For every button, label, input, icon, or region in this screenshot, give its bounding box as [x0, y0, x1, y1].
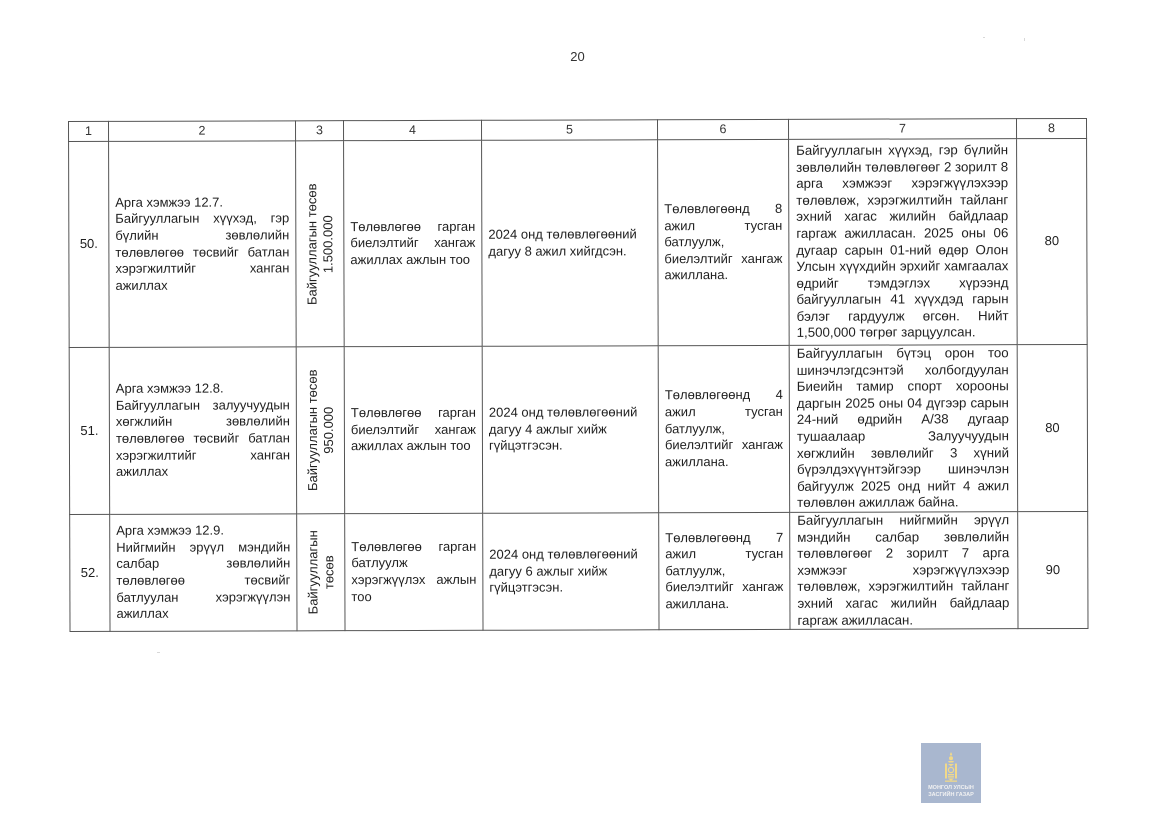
budget-source: Байгууллагын: [305, 530, 321, 614]
measure-cell: Арга хэмжээ 12.9. Нийгмийн эрүүл мэндийн…: [110, 514, 297, 632]
budget-source: Байгууллагын төсөв: [304, 369, 320, 491]
scan-speck: [1024, 38, 1025, 41]
progress-cell: Байгууллагын нийгмийн эрүүл мэндийн салб…: [790, 512, 1018, 630]
scan-speck: [157, 652, 160, 653]
indicator-cell: Төлөвлөгөө гарган батлуулж хэрэгжүүлэх а…: [345, 513, 483, 631]
measure-cell: Арга хэмжээ 12.8. Байгууллагын залуучууд…: [109, 347, 296, 514]
row-number: 50.: [69, 141, 110, 347]
measure-text: Байгууллагын залуучуудын хөгжлийн зөвлөл…: [116, 397, 290, 480]
target-cell: Төлөвлөгөөнд 4 ажил тусган батлуулж, бие…: [658, 345, 789, 512]
target-cell: Төлөвлөгөөнд 7 ажил тусган батлуулж, бие…: [659, 512, 790, 630]
target-cell: Төлөвлөгөөнд 8 ажил тусган батлуулж, бие…: [658, 139, 790, 345]
logo-line-1: МОНГОЛ УЛСЫН: [928, 785, 974, 792]
column-header: 5: [481, 120, 657, 141]
logo-caption: МОНГОЛ УЛСЫН ЗАСГИЙН ГАЗАР: [928, 785, 974, 798]
column-header: 1: [69, 121, 109, 141]
report-table: 1 2 3 4 5 6 7 8 50. Арга хэмжээ 12.7. Ба…: [68, 118, 1089, 632]
measure-text: Нийгмийн эрүүл мэндийн салбар зөвлөлийн …: [116, 539, 290, 622]
page-number: 20: [0, 49, 1155, 64]
progress-cell: Байгууллагын бүтэц орон тоо шинэчлэгдсэн…: [789, 345, 1017, 513]
score-cell: 90: [1018, 511, 1088, 628]
budget-amount: төсөв: [321, 530, 337, 614]
baseline-cell: 2024 онд төлөвлөгөөний дагуу 8 ажил хийг…: [482, 140, 659, 347]
measure-title: Арга хэмжээ 12.8.: [116, 381, 290, 398]
logo-line-2: ЗАСГИЙН ГАЗАР: [928, 792, 974, 799]
indicator-cell: Төлөвлөгөө гарган биелэлтийг хангаж ажил…: [344, 346, 482, 513]
score-cell: 80: [1017, 138, 1088, 344]
baseline-cell: 2024 онд төлөвлөгөөний дагуу 6 ажлыг хий…: [483, 513, 659, 631]
row-number: 52.: [70, 514, 110, 631]
measure-text: Байгууллагын хүүхэд, гэр бүлийн зөвлөлий…: [115, 211, 289, 294]
budget-cell: Байгууллагын төсөв 950.000: [296, 347, 344, 514]
column-header: 7: [788, 119, 1016, 140]
column-header: 2: [109, 121, 296, 142]
row-number: 51.: [69, 347, 109, 514]
measure-title: Арга хэмжээ 12.9.: [116, 523, 290, 540]
budget-amount: 1.500.000: [320, 183, 336, 305]
measure-cell: Арга хэмжээ 12.7. Байгууллагын хүүхэд, г…: [109, 141, 297, 348]
report-table-container: 1 2 3 4 5 6 7 8 50. Арга хэмжээ 12.7. Ба…: [68, 118, 1089, 632]
table-row: 52. Арга хэмжээ 12.9. Нийгмийн эрүүл мэн…: [70, 511, 1088, 631]
table-row: 51. Арга хэмжээ 12.8. Байгууллагын залуу…: [69, 344, 1087, 514]
column-header: 3: [296, 121, 344, 141]
column-header: 6: [657, 119, 788, 139]
baseline-cell: 2024 онд төлөвлөгөөний дагуу 4 ажлыг хий…: [482, 346, 658, 513]
progress-cell: Байгууллагын хүүхэд, гэр бүлийн зөвлөлий…: [789, 139, 1018, 346]
score-cell: 80: [1017, 344, 1087, 511]
budget-cell: Байгууллагын төсөв: [297, 514, 345, 631]
budget-amount: 950.000: [320, 369, 336, 491]
indicator-cell: Төлөвлөгөө гарган биелэлтийг хангаж ажил…: [344, 140, 483, 346]
budget-cell: Байгууллагын төсөв 1.500.000: [296, 141, 345, 347]
government-logo: МОНГОЛ УЛСЫН ЗАСГИЙН ГАЗАР: [921, 743, 981, 803]
measure-title: Арга хэмжээ 12.7.: [115, 194, 289, 211]
column-header: 8: [1016, 118, 1086, 138]
scan-speck: [983, 37, 985, 38]
budget-source: Байгууллагын төсөв: [304, 183, 320, 305]
column-header: 4: [344, 120, 482, 140]
soyombo-emblem-icon: [944, 752, 958, 782]
table-row: 50. Арга хэмжээ 12.7. Байгууллагын хүүхэ…: [69, 138, 1088, 347]
